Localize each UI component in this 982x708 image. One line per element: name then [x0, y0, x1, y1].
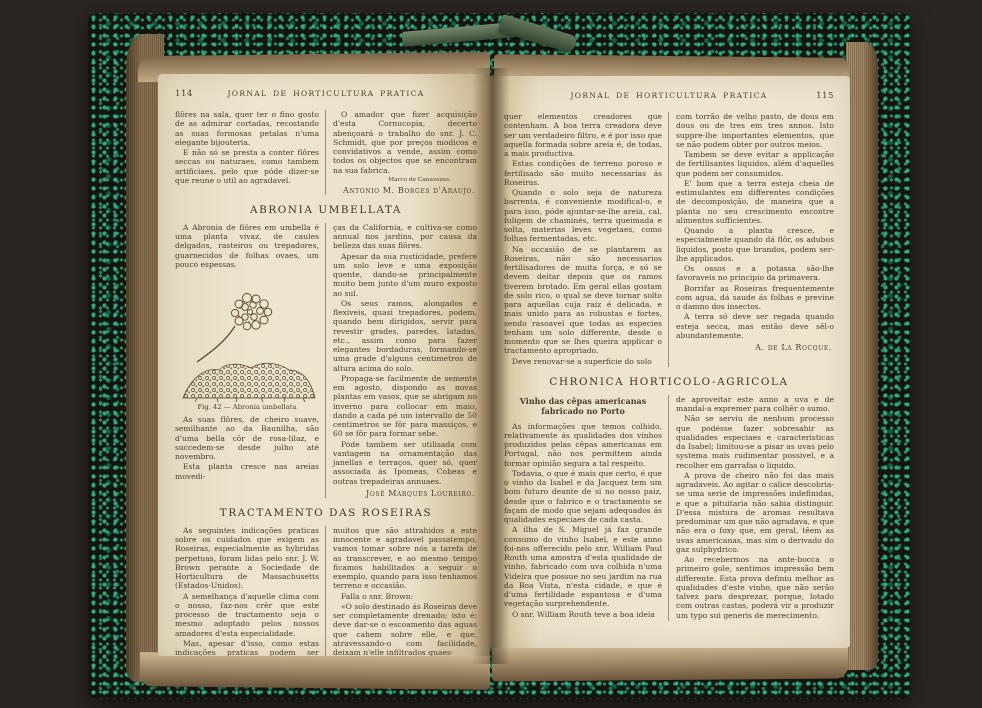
section-heading-abronia: ABRONIA UMBELLATA: [175, 204, 477, 216]
page-edges-bottom-left: [140, 652, 490, 690]
paragraph: E' bom que a terra esteja cheia de estim…: [676, 179, 834, 225]
column-right: com torrão de velho pasto, de dous em do…: [669, 112, 834, 367]
column-right: O amador que fizer acquisição d'esta Cor…: [326, 110, 477, 195]
paragraph: «O solo destinado ás Roseiras deve ser c…: [333, 602, 477, 656]
section-chronica: Vinho das cêpas americanas fabricado no …: [504, 395, 834, 621]
paragraph: Quando o solo seja de natureza barrenta,…: [504, 188, 662, 244]
paragraph: muitos que são attrahidos a este innocen…: [333, 526, 477, 591]
paragraph: flôres na sala, quer ter o fino gosto de…: [175, 110, 319, 147]
paragraph: Póde tambem ser utilisada com vantagem n…: [333, 440, 477, 486]
section-intro: flôres na sala, quer ter o fino gosto de…: [175, 110, 477, 195]
column-left: Vinho das cêpas americanas fabricado no …: [504, 395, 669, 621]
paragraph: ças da California, e cultiva-se como ann…: [333, 223, 477, 251]
paragraph: As suas flôres, de cheiro suave, semilha…: [175, 415, 319, 461]
page-edges-bottom-right: [492, 644, 848, 681]
paragraph: A prova de cheiro não foi das mais agrad…: [676, 471, 834, 554]
author-signature: Antonio M. Borges d'Araujo.: [333, 186, 475, 195]
section-roseiras: As seguintes indicações praticas sobre o…: [175, 526, 477, 656]
journal-title: JORNAL DE HORTICULTURA PRATICA: [227, 89, 424, 98]
paragraph: Tambem se deve evitar a applicação de fe…: [676, 150, 834, 178]
paragraph: A Abronia de flôres em umbella é uma pla…: [175, 223, 319, 269]
paragraph: As informações que temos colhido, relati…: [504, 422, 662, 468]
section-heading-roseiras: TRACTAMENTO DAS ROSEIRAS: [175, 507, 477, 519]
author-signature: A. de La Rocque.: [676, 343, 832, 352]
paragraph: Não se serviu de nenhum processo que pod…: [676, 414, 834, 470]
left-page: 114 JORNAL DE HORTICULTURA PRATICA flôre…: [158, 74, 490, 656]
right-page: JORNAL DE HORTICULTURA PRATICA 115 quer …: [490, 76, 850, 648]
abronia-figure-drawing: [177, 274, 317, 402]
left-page-header: 114 JORNAL DE HORTICULTURA PRATICA: [175, 89, 477, 99]
abronia-illustration: [175, 274, 319, 402]
paragraph: Deve renovar-se a superficie do solo: [504, 357, 662, 366]
paragraph: A terra só deve ser regada quando esteja…: [676, 312, 834, 340]
article-subheading: Vinho das cêpas americanas fabricado no …: [504, 396, 662, 417]
right-page-number: 115: [816, 91, 834, 101]
column-left: As seguintes indicações praticas sobre o…: [175, 526, 326, 656]
column-right: de aproveitar este anno a uva e de manda…: [669, 395, 834, 621]
paragraph: E não só se presta a conter flôres secca…: [175, 148, 319, 185]
paragraph: Estas condições de terreno poroso e fert…: [504, 159, 662, 187]
paragraph: As seguintes indicações praticas sobre o…: [175, 526, 319, 591]
paragraph: Esta planta cresce nas areias movedi-: [175, 462, 319, 481]
paragraph: A ilha de S. Miguel já faz grande consum…: [504, 525, 662, 608]
column-left: A Abronia de flôres em umbella é uma pla…: [175, 223, 326, 498]
section-roseiras-continued: quer elementos creadores que contenham. …: [504, 112, 834, 367]
paragraph: O amador que fizer acquisição d'esta Cor…: [333, 110, 477, 175]
column-left: quer elementos creadores que contenham. …: [504, 112, 669, 367]
paragraph: Os seus ramos, alongados e flexiveis, qu…: [333, 299, 477, 373]
paragraph: Falla o snr. Brown:: [333, 592, 477, 601]
paragraph: Os ossos e a potassa são-lhe favoraveis …: [676, 264, 834, 283]
paragraph: com torrão de velho pasto, de dous em do…: [676, 112, 834, 149]
paragraph: de aproveitar este anno a uva e de manda…: [676, 395, 834, 414]
paragraph: Ao recebermos na ante-bocca o primeiro g…: [676, 555, 834, 620]
right-page-header: JORNAL DE HORTICULTURA PRATICA 115: [504, 91, 834, 101]
paragraph: O snr. William Routh teve a boa ideia: [504, 610, 662, 619]
paragraph: quer elementos creadores que contenham. …: [504, 112, 662, 158]
paragraph: Quando a planta cresce, e especialmente …: [676, 226, 834, 263]
column-right: ças da California, e cultiva-se como ann…: [326, 223, 477, 498]
journal-title: JORNAL DE HORTICULTURA PRATICA: [570, 91, 767, 100]
paragraph: Mas, apesar d'isso, como estas indicaçõe…: [175, 639, 319, 656]
figure-caption: Fig. 42 — Abronia umbellata: [175, 403, 319, 411]
section-heading-chronica: CHRONICA HORTICOLO-AGRICOLA: [504, 376, 834, 388]
photo-background: 114 JORNAL DE HORTICULTURA PRATICA flôre…: [0, 0, 982, 708]
author-signature: José Marques Loureiro.: [333, 489, 475, 498]
paragraph: Borrifar as Roseiras frequentemente com …: [676, 284, 834, 312]
section-abronia: A Abronia de flôres em umbella é uma pla…: [175, 223, 477, 498]
left-page-number: 114: [175, 89, 227, 99]
paragraph: Apesar da sua rusticidade, prefere um so…: [333, 252, 477, 298]
paragraph: Todavia, o que é mais que certo, é que o…: [504, 469, 662, 525]
paragraph: A semelhança d'aquelle clima com o nosso…: [175, 592, 319, 638]
page-edges-right: [846, 42, 878, 670]
column-right: muitos que são attrahidos a este innocen…: [326, 526, 477, 656]
paragraph: Propaga-se facilmente de semente em agos…: [333, 374, 477, 439]
column-left: flôres na sala, quer ter o fino gosto de…: [175, 110, 326, 195]
paragraph: Na occasião de se plantarem as Roseiras,…: [504, 245, 662, 356]
place-line: Marco de Canavezes.: [333, 177, 451, 183]
